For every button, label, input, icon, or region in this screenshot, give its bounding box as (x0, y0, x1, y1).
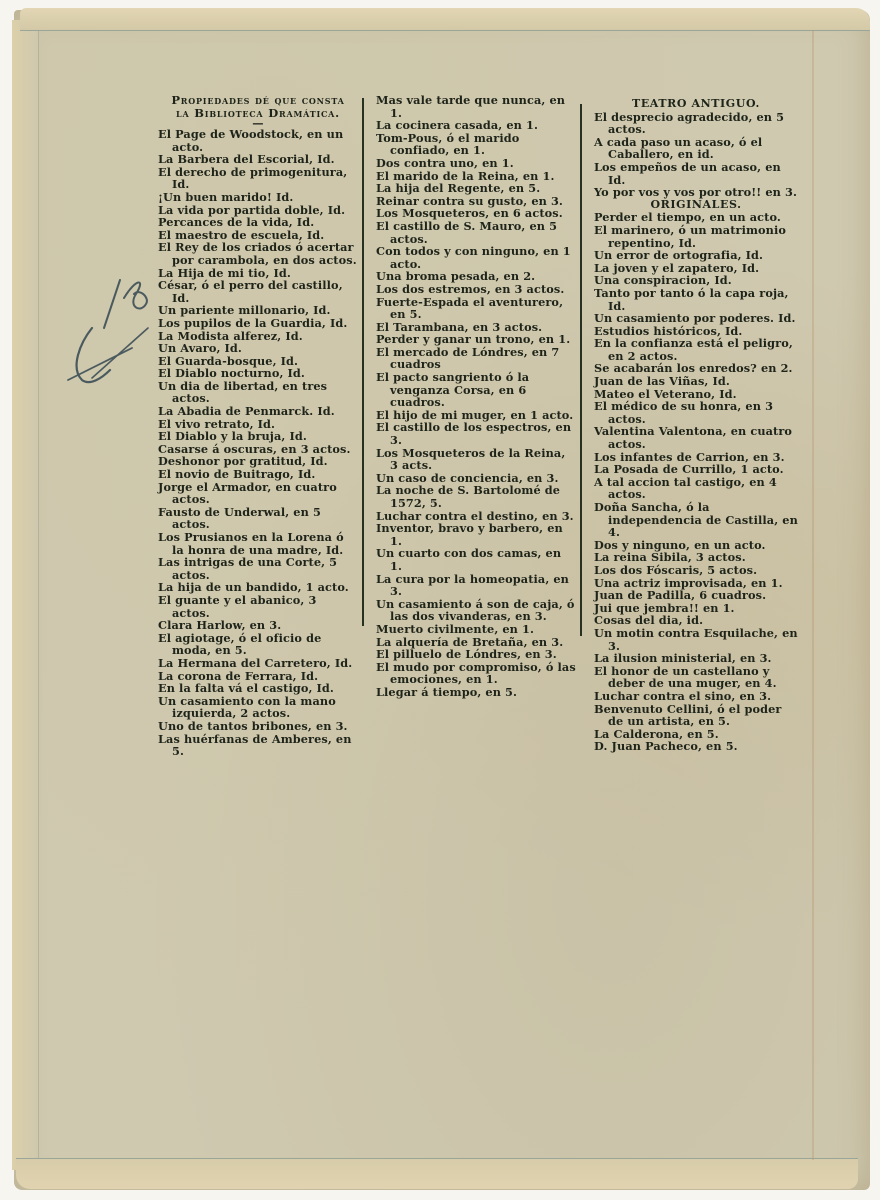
catalogue-entry: El pacto sangriento ó la venganza Corsa,… (376, 371, 576, 409)
catalogue-entry: El marinero, ó un matrimonio repentino, … (594, 224, 798, 249)
handwritten-price-note (62, 258, 152, 388)
catalogue-entry: La hija del Regente, en 5. (376, 182, 576, 195)
catalogue-entry: Tom-Pous, ó el marido confiado, en 1. (376, 132, 576, 157)
section-heading-teatro-antiguo: TEATRO ANTIGUO. (594, 98, 798, 111)
column-biblioteca-dramatica: Propiedades dé que consta la Biblioteca … (158, 94, 358, 758)
catalogue-entry: Los dos estremos, en 3 actos. (376, 283, 576, 296)
catalogue-entry: En la confianza está el peligro, en 2 ac… (594, 337, 798, 362)
catalogue-entry: El honor de un castellano y deber de una… (594, 665, 798, 690)
catalogue-entry: El Page de Woodstock, en un acto. (158, 128, 358, 153)
catalogue-entry: Uno de tantos bribones, en 3. (158, 720, 358, 733)
catalogue-entry: El Rey de los criados ó acertar por cara… (158, 241, 358, 266)
catalogue-entry: A cada paso un acaso, ó el Caballero, en… (594, 136, 798, 161)
catalogue-entry: Inventor, bravo y barbero, en 1. (376, 522, 576, 547)
catalogue-entry: El mercado de Lóndres, en 7 cuadros (376, 346, 576, 371)
catalogue-entry: Un error de ortografia, Id. (594, 249, 798, 262)
catalogue-entry: A tal accion tal castigo, en 4 actos. (594, 476, 798, 501)
catalogue-entry: Percances de la vida, Id. (158, 216, 358, 229)
catalogue-entry: El guante y el abanico, 3 actos. (158, 594, 358, 619)
catalogue-entry: Un cuarto con dos camas, en 1. (376, 547, 576, 572)
catalogue-entry: Los Prusianos en la Lorena ó la honra de… (158, 531, 358, 556)
catalogue-entry: Perder y ganar un trono, en 1. (376, 333, 576, 346)
catalogue-entry: Muerto civilmente, en 1. (376, 623, 576, 636)
catalogue-entry: Los dos Fóscaris, 5 actos. (594, 564, 798, 577)
catalogue-entry: Fuerte-Espada el aventurero, en 5. (376, 296, 576, 321)
paper-fold-line (812, 30, 814, 1160)
catalogue-entry: El desprecio agradecido, en 5 actos. (594, 111, 798, 136)
catalogue-entry: Un motin contra Esquilache, en 3. (594, 627, 798, 652)
catalogue-entry: La Abadia de Penmarck. Id. (158, 405, 358, 418)
catalogue-entry: Fausto de Underwal, en 5 actos. (158, 506, 358, 531)
entry-list: Mas vale tarde que nunca, en 1.La cocine… (376, 94, 576, 699)
column-heading-line-1: Propiedades dé que consta (158, 94, 358, 107)
catalogue-entry: Las huérfanas de Amberes, en 5. (158, 733, 358, 758)
catalogue-entry: La Posada de Currillo, 1 acto. (594, 463, 798, 476)
catalogue-entry: ¡Un buen marido! Id. (158, 191, 358, 204)
catalogue-entry: La cocinera casada, en 1. (376, 119, 576, 132)
catalogue-entry: Mas vale tarde que nunca, en 1. (376, 94, 576, 119)
catalogue-entry: Luchar contra el sino, en 3. (594, 690, 798, 703)
catalogue-entry: Un Avaro, Id. (158, 342, 358, 355)
paper-top-edge (20, 8, 870, 31)
paper-bottom-edge (16, 1158, 858, 1189)
catalogue-entry: Los pupilos de la Guardia, Id. (158, 317, 358, 330)
catalogue-entry: Los Mosqueteros de la Reina, 3 acts. (376, 447, 576, 472)
catalogue-entry: Juan de las Viñas, Id. (594, 375, 798, 388)
catalogue-entry: Juan de Padilla, 6 cuadros. (594, 589, 798, 602)
catalogue-entry: El médico de su honra, en 3 actos. (594, 400, 798, 425)
entry-list: El Page de Woodstock, en un acto.La Barb… (158, 128, 358, 758)
catalogue-entry: La noche de S. Bartolomé de 1572, 5. (376, 484, 576, 509)
catalogue-entry: Clara Harlow, en 3. (158, 619, 358, 632)
catalogue-entry: Un casamiento á son de caja, ó las dos v… (376, 598, 576, 623)
catalogue-entry: Benvenuto Cellini, ó el poder de un arti… (594, 703, 798, 728)
catalogue-entry: Un casamiento con la mano izquierda, 2 a… (158, 695, 358, 720)
column-divider-2 (580, 104, 582, 636)
entry-list-originales: Perder el tiempo, en un acto.El marinero… (594, 211, 798, 753)
catalogue-entry: El agiotage, ó el oficio de moda, en 5. (158, 632, 358, 657)
catalogue-entry: Las intrigas de una Corte, 5 actos. (158, 556, 358, 581)
catalogue-entry: Llegar á tiempo, en 5. (376, 686, 576, 699)
catalogue-entry: La Hermana del Carretero, Id. (158, 657, 358, 670)
catalogue-entry: Un dia de libertad, en tres actos. (158, 380, 358, 405)
catalogue-entry: D. Juan Pacheco, en 5. (594, 740, 798, 753)
catalogue-entry: La cura por la homeopatia, en 3. (376, 573, 576, 598)
paper-left-edge (12, 20, 39, 1170)
entry-list-teatro-antiguo: El desprecio agradecido, en 5 actos.A ca… (594, 111, 798, 199)
catalogue-entry: En la falta vá el castigo, Id. (158, 682, 358, 695)
catalogue-entry: Los empeños de un acaso, en Id. (594, 161, 798, 186)
catalogue-entry: Yo por vos y vos por otro!! en 3. (594, 186, 798, 199)
catalogue-entry: El Diablo y la bruja, Id. (158, 430, 358, 443)
catalogue-entry: Jorge el Armador, en cuatro actos. (158, 481, 358, 506)
column-divider-1 (362, 98, 364, 626)
catalogue-entry: Un casamiento por poderes. Id. (594, 312, 798, 325)
catalogue-entry: El mudo por compromiso, ó las emociones,… (376, 661, 576, 686)
catalogue-entry: El castillo de S. Mauro, en 5 actos. (376, 220, 576, 245)
catalogue-entry: César, ó el perro del castillo, Id. (158, 279, 358, 304)
catalogue-entry: El castillo de los espectros, en 3. (376, 421, 576, 446)
catalogue-entry: El novio de Buitrago, Id. (158, 468, 358, 481)
catalogue-entry: El pilluelo de Lóndres, en 3. (376, 648, 576, 661)
catalogue-entry: Dos contra uno, en 1. (376, 157, 576, 170)
catalogue-entry: Doña Sancha, ó la independencia de Casti… (594, 501, 798, 539)
catalogue-entry: El derecho de primogenitura, Id. (158, 166, 358, 191)
catalogue-entry: El Diablo nocturno, Id. (158, 367, 358, 380)
catalogue-entry: Con todos y con ninguno, en 1 acto. (376, 245, 576, 270)
column-teatro-originales: TEATRO ANTIGUO. El desprecio agradecido,… (594, 94, 798, 753)
catalogue-entry: La Barbera del Escorial, Id. (158, 153, 358, 166)
catalogue-entry: Tanto por tanto ó la capa roja, Id. (594, 287, 798, 312)
catalogue-entry: La ilusion ministerial, en 3. (594, 652, 798, 665)
catalogue-entry: Valentina Valentona, en cuatro actos. (594, 425, 798, 450)
column-continued-list: Mas vale tarde que nunca, en 1.La cocine… (376, 94, 576, 699)
